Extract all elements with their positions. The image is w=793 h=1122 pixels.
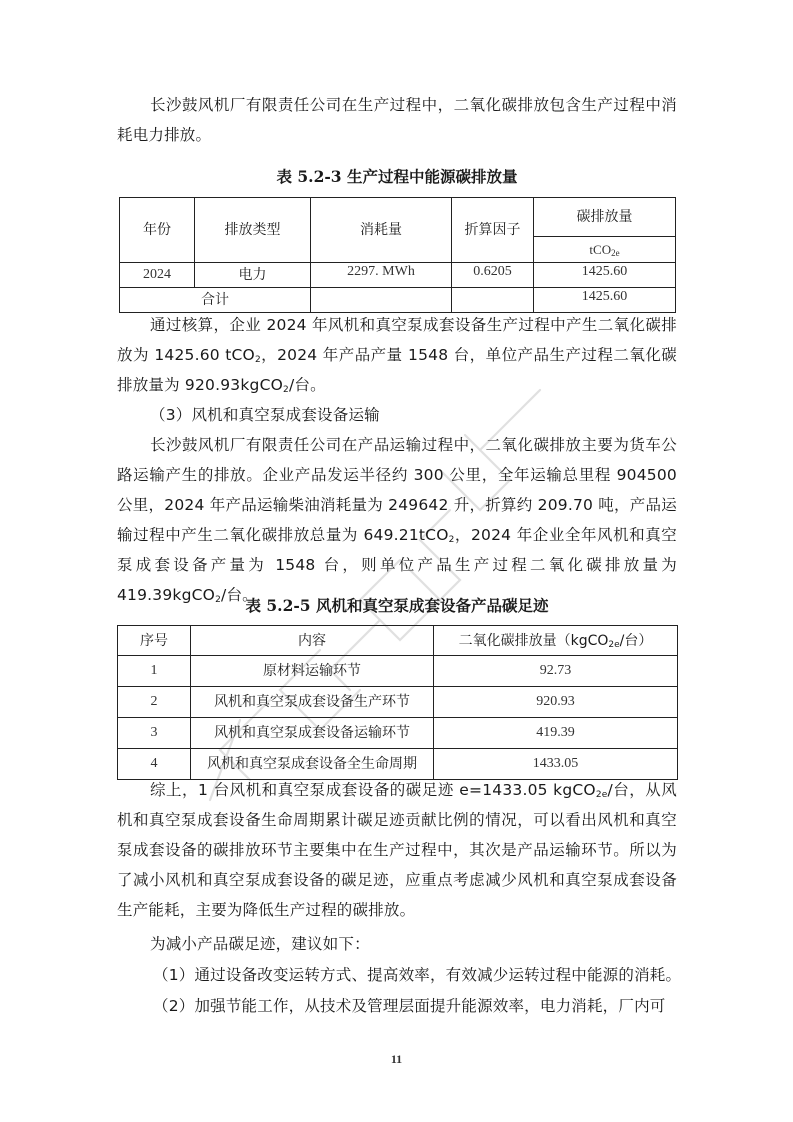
cell-index: 3 [118, 718, 191, 749]
cell-consumption: 2297. MWh [311, 263, 452, 288]
carbon-footprint-table: 序号 内容 二氧化碳排放量（kgCO2e/台） 1 原材料运输环节 92.73 … [117, 625, 678, 780]
table-total-row: 合计 1425.60 [120, 288, 676, 313]
table1-caption: 表 5.2-3 生产过程中能源碳排放量 [117, 165, 677, 187]
header-emission: 二氧化碳排放量（kgCO2e/台） [434, 626, 678, 656]
table-row: 3 风机和真空泵成套设备运输环节 419.39 [118, 718, 678, 749]
cell-value: 419.39 [434, 718, 678, 749]
cell-factor: 0.6205 [452, 263, 534, 288]
cell-total-label: 合计 [120, 288, 311, 313]
recommendation-item-1: （1）通过设备改变运转方式、提高效率，有效减少运转过程中能源的消耗。 [113, 960, 693, 990]
energy-emission-table: 年份 排放类型 消耗量 折算因子 碳排放量 tCO2e 2024 电力 2297… [119, 197, 676, 313]
header-index: 序号 [118, 626, 191, 656]
paragraph-conclusion: 综上，1 台风机和真空泵成套设备的碳足迹 e=1433.05 kgCO2e/台，… [117, 775, 677, 925]
table-row: 1 原材料运输环节 92.73 [118, 656, 678, 687]
table-row: 2024 电力 2297. MWh 0.6205 1425.60 [120, 263, 676, 288]
header-content: 内容 [191, 626, 434, 656]
cell-content: 风机和真空泵成套设备生产环节 [191, 687, 434, 718]
cell-content: 风机和真空泵成套设备运输环节 [191, 718, 434, 749]
cell-total-factor [452, 288, 534, 313]
cell-index: 2 [118, 687, 191, 718]
cell-content: 原材料运输环节 [191, 656, 434, 687]
cell-year: 2024 [120, 263, 195, 288]
header-emission: 碳排放量 [534, 198, 676, 237]
paragraph-transport: 长沙鼓风机厂有限责任公司在产品运输过程中，二氧化碳排放主要为货车公路运输产生的排… [117, 430, 677, 610]
cell-value: 920.93 [434, 687, 678, 718]
cell-index: 1 [118, 656, 191, 687]
cell-value: 92.73 [434, 656, 678, 687]
header-emission-unit: tCO2e [534, 237, 676, 263]
cell-total-consumption [311, 288, 452, 313]
header-factor: 折算因子 [452, 198, 534, 263]
paragraph-recommendation-intro: 为减小产品碳足迹，建议如下： [117, 929, 677, 959]
cell-emission: 1425.60 [534, 263, 676, 288]
cell-total-emission: 1425.60 [534, 288, 676, 313]
recommendation-item-2: （2）加强节能工作，从技术及管理层面提升能源效率，电力消耗，厂内可 [113, 991, 693, 1021]
paragraph-production-summary: 通过核算，企业 2024 年风机和真空泵成套设备生产过程中产生二氧化碳排放为 1… [117, 310, 677, 400]
header-year: 年份 [120, 198, 195, 263]
header-emission-type: 排放类型 [195, 198, 311, 263]
table-row: 2 风机和真空泵成套设备生产环节 920.93 [118, 687, 678, 718]
table2-caption: 表 5.2-5 风机和真空泵成套设备产品碳足迹 [117, 594, 677, 616]
document-page: 长沙鼓风机厂有限责任公司在生产过程中，二氧化碳排放包含生产过程中消耗电力排放。 … [0, 0, 793, 1122]
section-heading-transport: （3）风机和真空泵成套设备运输 [117, 400, 677, 430]
paragraph-intro: 长沙鼓风机厂有限责任公司在生产过程中，二氧化碳排放包含生产过程中消耗电力排放。 [117, 90, 677, 150]
page-number: 11 [0, 1052, 793, 1067]
header-consumption: 消耗量 [311, 198, 452, 263]
cell-type: 电力 [195, 263, 311, 288]
